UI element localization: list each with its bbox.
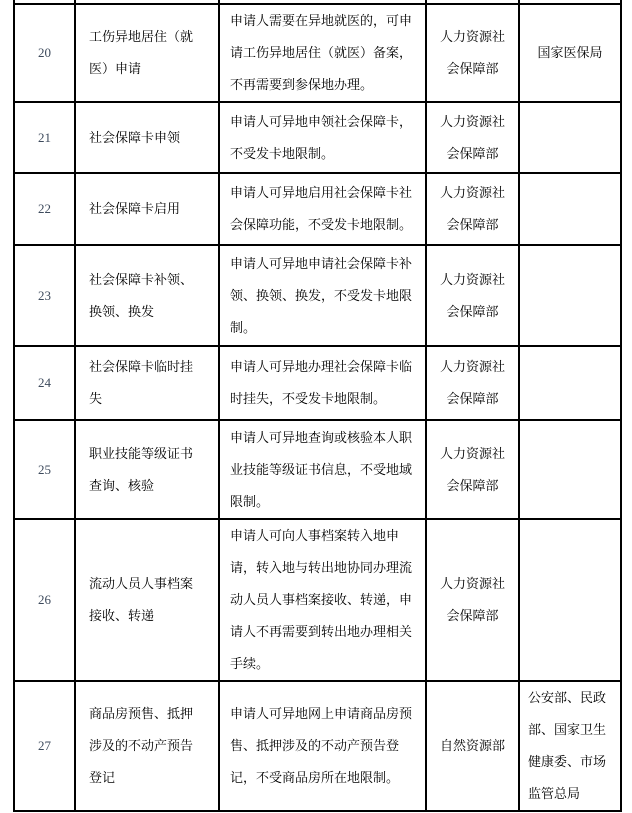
row-number: 21 (14, 102, 75, 173)
item-description: 申请人可异地办理社会保障卡临时挂失，不受发卡地限制。 (219, 346, 426, 420)
item-description: 申请人可向人事档案转入地申请，转入地与转出地协同办理流动人员人事档案接收、转递，… (219, 519, 426, 681)
item-description: 申请人可异地网上申请商品房预售、抵押涉及的不动产预告登记，不受商品房所在地限制。 (219, 681, 426, 811)
responsible-department: 人力资源社会保障部 (426, 173, 519, 245)
table-row: 25 职业技能等级证书查询、核验 申请人可异地查询或核验本人职业技能等级证书信息… (14, 420, 621, 519)
table-row: 24 社会保障卡临时挂失 申请人可异地办理社会保障卡临时挂失，不受发卡地限制。 … (14, 346, 621, 420)
item-description: 申请人需要在异地就医的，可申请工伤异地居住（就医）备案，不再需要到参保地办理。 (219, 4, 426, 102)
item-name: 商品房预售、抵押涉及的不动产预告登记 (75, 681, 219, 811)
row-number: 25 (14, 420, 75, 519)
item-name: 职业技能等级证书查询、核验 (75, 420, 219, 519)
cooperating-department: 公安部、民政部、国家卫生健康委、市场监管总局 (519, 681, 621, 811)
table-row: 21 社会保障卡申领 申请人可异地申领社会保障卡，不受发卡地限制。 人力资源社会… (14, 102, 621, 173)
cooperating-department (519, 420, 621, 519)
item-name: 工伤异地居住（就医）申请 (75, 4, 219, 102)
table-row: 27 商品房预售、抵押涉及的不动产预告登记 申请人可异地网上申请商品房预售、抵押… (14, 681, 621, 811)
table-row: 26 流动人员人事档案接收、转递 申请人可向人事档案转入地申请，转入地与转出地协… (14, 519, 621, 681)
item-description: 申请人可异地查询或核验本人职业技能等级证书信息，不受地域限制。 (219, 420, 426, 519)
item-description: 申请人可异地启用社会保障卡社会保障功能，不受发卡地限制。 (219, 173, 426, 245)
regulation-items-table: 20 工伤异地居住（就医）申请 申请人需要在异地就医的，可申请工伤异地居住（就医… (13, 0, 622, 812)
responsible-department: 人力资源社会保障部 (426, 519, 519, 681)
cooperating-department (519, 519, 621, 681)
row-number: 23 (14, 245, 75, 346)
row-number: 22 (14, 173, 75, 245)
row-number: 24 (14, 346, 75, 420)
table-row: 20 工伤异地居住（就医）申请 申请人需要在异地就医的，可申请工伤异地居住（就医… (14, 4, 621, 102)
responsible-department: 人力资源社会保障部 (426, 102, 519, 173)
item-description: 申请人可异地申请社会保障卡补领、换领、换发，不受发卡地限制。 (219, 245, 426, 346)
item-name: 社会保障卡启用 (75, 173, 219, 245)
cooperating-department (519, 102, 621, 173)
cooperating-department: 国家医保局 (519, 4, 621, 102)
cooperating-department (519, 346, 621, 420)
cooperating-department (519, 173, 621, 245)
responsible-department: 人力资源社会保障部 (426, 245, 519, 346)
table-row: 22 社会保障卡启用 申请人可异地启用社会保障卡社会保障功能，不受发卡地限制。 … (14, 173, 621, 245)
item-name: 社会保障卡补领、换领、换发 (75, 245, 219, 346)
table-row: 23 社会保障卡补领、换领、换发 申请人可异地申请社会保障卡补领、换领、换发，不… (14, 245, 621, 346)
responsible-department: 人力资源社会保障部 (426, 4, 519, 102)
responsible-department: 自然资源部 (426, 681, 519, 811)
row-number: 27 (14, 681, 75, 811)
row-number: 26 (14, 519, 75, 681)
responsible-department: 人力资源社会保障部 (426, 346, 519, 420)
responsible-department: 人力资源社会保障部 (426, 420, 519, 519)
item-name: 社会保障卡申领 (75, 102, 219, 173)
cooperating-department (519, 245, 621, 346)
row-number: 20 (14, 4, 75, 102)
item-name: 流动人员人事档案接收、转递 (75, 519, 219, 681)
item-name: 社会保障卡临时挂失 (75, 346, 219, 420)
item-description: 申请人可异地申领社会保障卡，不受发卡地限制。 (219, 102, 426, 173)
